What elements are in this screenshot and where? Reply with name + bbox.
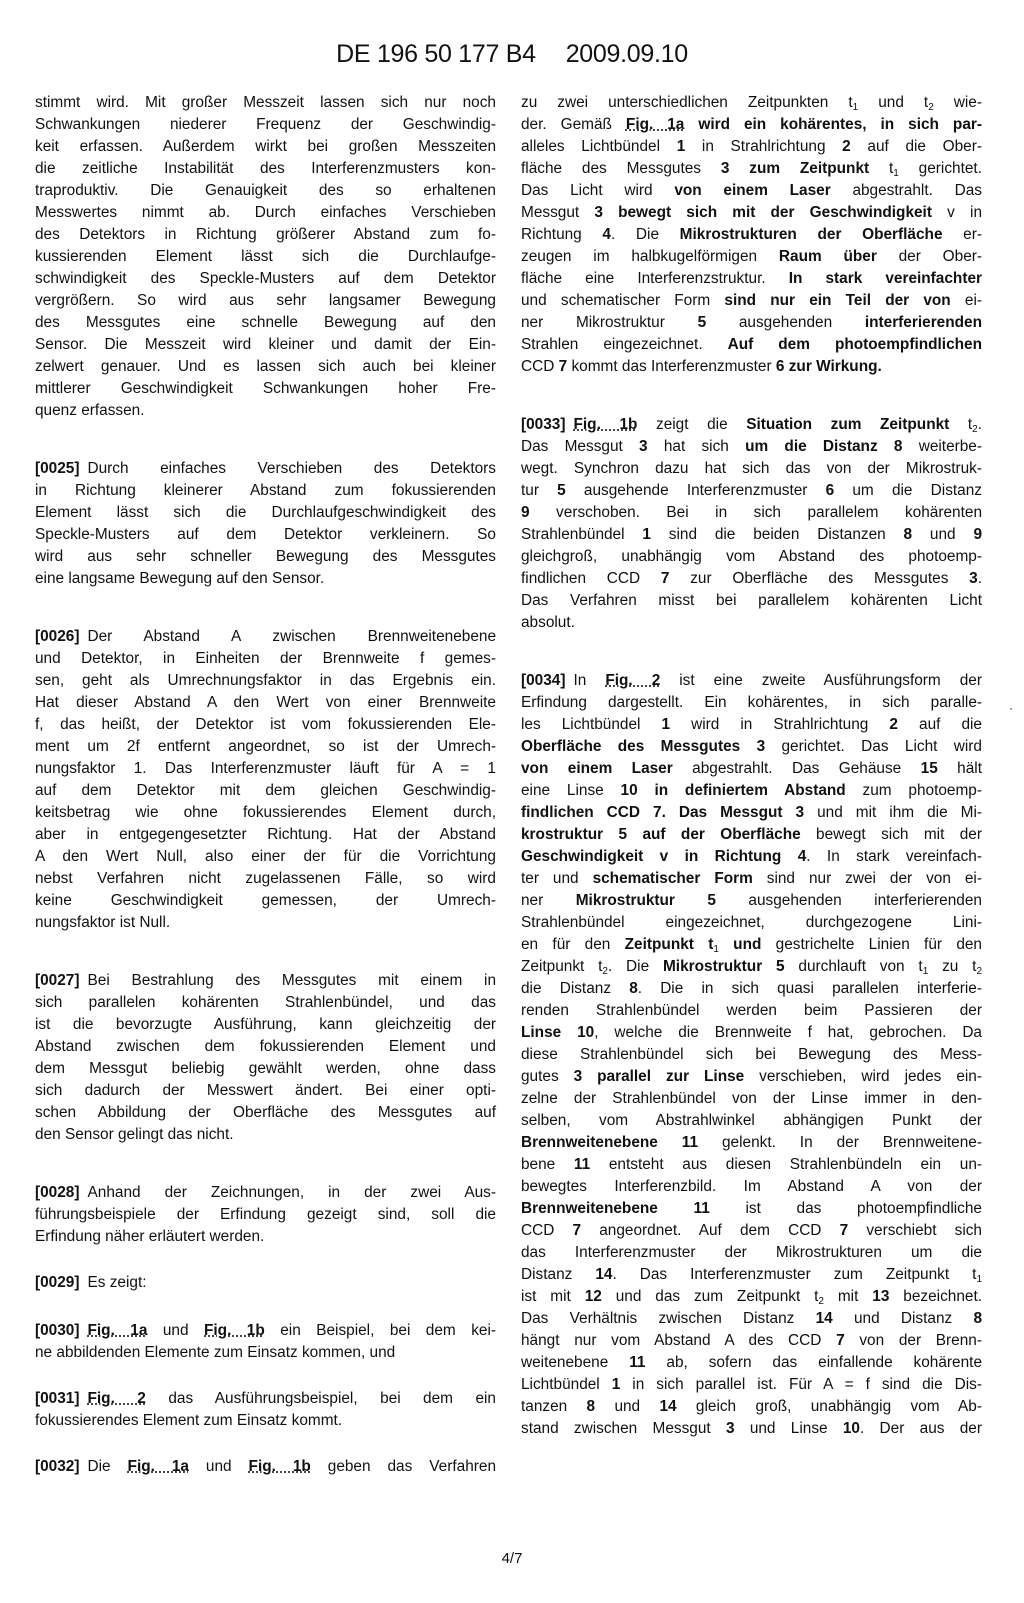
bold-text: 1 [662, 716, 671, 733]
text-segment: und [147, 1322, 204, 1339]
text-line: [0027]Bei Bestrahlung des Messgutes mit … [35, 970, 496, 991]
text-segment: auf die Ober- [851, 138, 982, 155]
text-segment: auf dem Detektor mit dem gleichen Geschw… [35, 782, 496, 799]
text-segment: Erfindung näher erläutert werden. [35, 1228, 264, 1245]
text-line: sich dadurch der Messwert ändert. Bei ei… [35, 1080, 496, 1101]
text-segment: hält [938, 760, 982, 777]
text-segment: Messwertes nimmt ab. Durch einfaches Ver… [35, 204, 496, 221]
text-line: das Interferenzmuster der Mikrostrukture… [521, 1242, 982, 1263]
bold-text: 9 [973, 526, 982, 543]
text-segment: nebst Verfahren nicht zugelassenen Fälle… [35, 870, 496, 887]
text-line: vergrößern. So wird aus sehr langsamer B… [35, 290, 496, 311]
text-segment: verschoben. Bei in sich parallelem kohär… [530, 504, 982, 521]
text-segment: zum photoemp- [846, 782, 982, 799]
text-line: Oberfläche des Messgutes 3 gerichtet. Da… [521, 736, 982, 757]
text-segment: und [189, 1458, 249, 1475]
text-segment: und schematischer Form [521, 292, 724, 309]
text-line: Erfindung näher erläutert werden. [35, 1226, 496, 1247]
text-segment: Schwankungen niederer Frequenz der Gesch… [35, 116, 496, 133]
text-segment: Erfindung dargestellt. Ein kohärentes, i… [521, 694, 982, 711]
text-line: die Distanz 8. Die in sich quasi paralle… [521, 978, 982, 999]
text-segment: weitenebene [521, 1354, 629, 1371]
text-line: stimmt wird. Mit großer Messzeit lassen … [35, 92, 496, 113]
text-segment: Bei Bestrahlung des Messgutes mit einem … [88, 972, 497, 989]
text-segment: ab, sofern das einfallende kohärente [646, 1354, 983, 1371]
text-segment: den Sensor gelingt das nicht. [35, 1126, 234, 1143]
text-segment: ein Beispiel, bei dem kei- [265, 1322, 496, 1339]
text-line: tur 5 ausgehende Interferenzmuster 6 um … [521, 480, 982, 501]
text-segment: . Das Interferenzmuster zum Zeitpunkt t [612, 1266, 976, 1283]
text-line: der. Gemäß Fig. 1a wird ein kohärentes, … [521, 114, 982, 135]
text-line: Distanz 14. Das Interferenzmuster zum Ze… [521, 1264, 982, 1285]
bold-text: krostruktur 5 auf der Oberfläche [521, 826, 801, 843]
text-segment: schwindigkeit des Speckle-Musters auf de… [35, 270, 496, 287]
text-line: traproduktiv. Die Genauigkeit des so erh… [35, 180, 496, 201]
text-segment: Es zeigt: [88, 1274, 147, 1291]
text-segment: in Strahlrichtung [685, 138, 842, 155]
text-line: CCD 7 kommt das Interferenzmuster 6 zur … [521, 356, 982, 377]
bold-text: 4 [602, 226, 611, 243]
bold-text: 3 [639, 438, 648, 455]
text-segment: diese Strahlenbündel sich bei Bewegung d… [521, 1046, 982, 1063]
patent-number: DE 196 50 177 B4 [336, 40, 536, 69]
text-segment: Hat dieser Abstand A den Wert von einer … [35, 694, 496, 711]
text-segment: durchlauft von t [785, 958, 923, 975]
bold-text: und [719, 936, 762, 953]
text-segment: Das Verfahren misst bei parallelem kohär… [521, 592, 982, 609]
text-line: zeugen im halbkugelförmigen Raum über de… [521, 246, 982, 267]
text-segment: v in [932, 204, 982, 221]
bold-text: Mikrostruktur 5 [663, 958, 785, 975]
text-segment: und Detektor, in Einheiten der Brennweit… [35, 650, 496, 667]
text-segment: mit [824, 1288, 872, 1305]
text-segment: keitsbetrag wie ohne fokussierendes Elem… [35, 804, 496, 821]
text-line: [0031]Fig. 2 das Ausführungsbeispiel, be… [35, 1388, 496, 1409]
text-segment: ausgehenden interferierenden [716, 892, 982, 909]
text-segment: findlichen CCD [521, 570, 661, 587]
text-line: keitsbetrag wie ohne fokussierendes Elem… [35, 802, 496, 823]
text-segment: um die Distanz [834, 482, 982, 499]
text-segment: gerichtet. [899, 160, 982, 177]
text-line: ne abbildenden Elemente zum Einsatz komm… [35, 1342, 496, 1363]
text-line: von einem Laser abgestrahlt. Das Gehäuse… [521, 758, 982, 779]
text-segment: . [978, 570, 982, 587]
text-segment: fläche des Messgutes [521, 160, 721, 177]
bold-text: 11 [629, 1354, 645, 1371]
text-line: fläche des Messgutes 3 zum Zeitpunkt t1 … [521, 158, 982, 179]
text-line: und schematischer Form sind nur ein Teil… [521, 290, 982, 311]
text-line: en für den Zeitpunkt t1 und gestrichelte… [521, 934, 982, 955]
figure-link[interactable]: Fig. 1a [626, 116, 684, 133]
bold-text: 10 in definiertem Abstand [621, 782, 846, 799]
text-line: krostruktur 5 auf der Oberfläche bewegt … [521, 824, 982, 845]
bold-text: Geschwindigkeit v in Richtung 4 [521, 848, 806, 865]
text-segment: sich parallelen kohärenten Strahlenbünde… [35, 994, 496, 1011]
text-segment: Element lässt sich die Durchlaufgeschwin… [35, 504, 496, 521]
text-segment: bene [521, 1156, 574, 1173]
text-segment: verschiebt sich [848, 1222, 982, 1239]
text-line: nebst Verfahren nicht zugelassenen Fälle… [35, 868, 496, 889]
text-segment: f, das heißt, der Detektor ist vom fokus… [35, 716, 496, 733]
bold-text: 8 [587, 1398, 596, 1415]
text-line: wird aus sehr schneller Bewegung des Mes… [35, 546, 496, 567]
text-segment: ausgehende Interferenzmuster [566, 482, 826, 499]
bold-text: 3 zum Zeitpunkt [721, 160, 869, 177]
figure-link[interactable]: Fig. 2 [605, 672, 660, 689]
bold-text: 2 [842, 138, 851, 155]
text-segment: tur [521, 482, 557, 499]
text-segment: renden Strahlenbündel werden beim Passie… [521, 1002, 982, 1019]
bold-text: Brennweitenebene 11 [521, 1134, 698, 1151]
bold-text: 14 [659, 1398, 676, 1415]
bold-text: Auf dem photoempfindlichen [728, 336, 982, 353]
text-line: diese Strahlenbündel sich bei Bewegung d… [521, 1044, 982, 1065]
bold-text: schematischer Form [593, 870, 753, 887]
bold-text: um die Distanz 8 [745, 438, 902, 455]
bold-text: 14 [816, 1310, 833, 1327]
text-segment: Lichtbündel [521, 1376, 612, 1393]
text-segment: aber in entgegengesetzter Richtung. Hat … [35, 826, 496, 843]
text-line: Brennweitenebene 11 gelenkt. In der Bren… [521, 1132, 982, 1153]
bold-text: 15 [921, 760, 938, 777]
bold-text: von einem Laser [674, 182, 830, 199]
page-header: DE 196 50 177 B42009.09.10 [0, 40, 1024, 69]
text-segment: von der Brenn- [845, 1332, 982, 1349]
scan-artifact [1010, 708, 1012, 710]
figure-link[interactable]: Fig. 1b [574, 416, 638, 433]
text-line: die zeitliche Instabilität des Interfere… [35, 158, 496, 179]
bold-text: 1 [677, 138, 686, 155]
bold-text: Mikrostrukturen der Oberfläche [680, 226, 943, 243]
bold-text: 3 parallel zur Linse [574, 1068, 745, 1085]
text-segment: der. Gemäß [521, 116, 626, 133]
text-line: les Lichtbündel 1 wird in Strahlrichtung… [521, 714, 982, 735]
text-line: gutes 3 parallel zur Linse verschieben, … [521, 1066, 982, 1087]
text-segment: les Lichtbündel [521, 716, 662, 733]
bold-text: Raum über [779, 248, 877, 265]
text-line: Das Verhältnis zwischen Distanz 14 und D… [521, 1308, 982, 1329]
text-line: Speckle-Musters auf dem Detektor verklei… [35, 524, 496, 545]
text-segment: wird aus sehr schneller Bewegung des Mes… [35, 548, 496, 565]
text-segment: ner Mikrostruktur [521, 314, 698, 331]
text-line: mittlerer Geschwindigkeit Schwankungen h… [35, 378, 496, 399]
text-segment: und mit ihm die Mi- [804, 804, 982, 821]
text-segment: Distanz [521, 1266, 595, 1283]
text-line: ist mit 12 und das zum Zeitpunkt t2 mit … [521, 1286, 982, 1307]
bold-text: 6 [826, 482, 835, 499]
bold-text: Situation zum Zeitpunkt [746, 416, 949, 433]
text-segment: absolut. [521, 614, 575, 631]
text-segment: sen, geht als Umrechnungsfaktor in das E… [35, 672, 496, 689]
text-line: selben, vom Abstrahlwinkel abhängigen Pu… [521, 1110, 982, 1131]
bold-text: findlichen CCD 7. Das Messgut 3 [521, 804, 804, 821]
text-segment: kussierenden Element lässt sich die Durc… [35, 248, 496, 265]
text-segment: Das Verhältnis zwischen Distanz [521, 1310, 816, 1327]
text-line: Das Verfahren misst bei parallelem kohär… [521, 590, 982, 611]
bold-text: 5 [698, 314, 707, 331]
text-segment: , welche die Brennweite f hat, gebrochen… [594, 1024, 982, 1041]
text-line: ner Mikrostruktur 5 ausgehenden interfer… [521, 312, 982, 333]
paragraph-number: [0027] [35, 972, 80, 989]
text-segment: gerichtet. Das Licht wird [765, 738, 982, 755]
subscript: 1 [976, 1274, 982, 1285]
text-segment: zu zwei unterschiedlichen Zeitpunkten t [521, 94, 853, 111]
text-line: [0029]Es zeigt: [35, 1272, 496, 1293]
text-line: dem Messgut beliebig gewählt werden, ohn… [35, 1058, 496, 1079]
figure-link[interactable]: Fig. 1a [88, 1322, 148, 1339]
text-line: [0026]Der Abstand A zwischen Brennweiten… [35, 626, 496, 647]
text-segment: wie- [934, 94, 982, 111]
text-segment: ist die bevorzugte Ausführung, kann glei… [35, 1016, 496, 1033]
text-segment: en für den [521, 936, 625, 953]
bold-text: In stark vereinfachter [789, 270, 982, 287]
text-line: Zeitpunkt t2. Die Mikrostruktur 5 durchl… [521, 956, 982, 977]
bold-text: Brennweitenebene 11 [521, 1200, 710, 1217]
paragraph-number: [0026] [35, 628, 80, 645]
text-segment: . Der aus der [860, 1420, 982, 1437]
subscript: 2 [976, 966, 982, 977]
text-segment: das Interferenzmuster der Mikrostrukture… [521, 1244, 982, 1261]
bold-text: von einem Laser [521, 760, 673, 777]
text-line: 9 verschoben. Bei in sich parallelem koh… [521, 502, 982, 523]
text-line: hängt nur vom Abstand A des CCD 7 von de… [521, 1330, 982, 1351]
text-line: Linse 10, welche die Brennweite f hat, g… [521, 1022, 982, 1043]
text-line: quenz erfassen. [35, 400, 496, 421]
text-segment: zelwert genauer. Und es lassen sich auch… [35, 358, 496, 375]
text-segment: gutes [521, 1068, 574, 1085]
text-line: Messwertes nimmt ab. Durch einfaches Ver… [35, 202, 496, 223]
text-segment: ne abbildenden Elemente zum Einsatz komm… [35, 1344, 395, 1361]
text-segment: eine langsame Bewegung auf den Sensor. [35, 570, 324, 587]
text-line: keine Geschwindigkeit gemessen, der Umre… [35, 890, 496, 911]
text-segment: quenz erfassen. [35, 402, 145, 419]
text-segment: die Distanz [521, 980, 629, 997]
text-segment: auf die [898, 716, 982, 733]
text-line: zu zwei unterschiedlichen Zeitpunkten t1… [521, 92, 982, 113]
text-line: schwindigkeit des Speckle-Musters auf de… [35, 268, 496, 289]
bold-text: 7 [840, 1222, 849, 1239]
text-line: nungsfaktor 1. Das Interferenzmuster läu… [35, 758, 496, 779]
text-segment: abgestrahlt. Das Gehäuse [673, 760, 921, 777]
text-segment: bewegtes Interferenzbild. Im Abstand A v… [521, 1178, 982, 1195]
text-line: renden Strahlenbündel werden beim Passie… [521, 1000, 982, 1021]
text-line: [0033]Fig. 1b zeigt die Situation zum Ze… [521, 414, 982, 435]
text-segment: In [574, 672, 606, 689]
text-line: [0034]In Fig. 2 ist eine zweite Ausführu… [521, 670, 982, 691]
text-line: sen, geht als Umrechnungsfaktor in das E… [35, 670, 496, 691]
text-segment: und Distanz [833, 1310, 974, 1327]
bold-text: 9 [521, 504, 530, 521]
text-segment: verschieben, wird jedes ein- [744, 1068, 982, 1085]
text-line: Hat dieser Abstand A den Wert von einer … [35, 692, 496, 713]
paragraph-number: [0028] [35, 1184, 80, 1201]
text-segment: A den Wert Null, also einer der für die … [35, 848, 496, 865]
text-segment: bewegt sich mit der [801, 826, 982, 843]
text-segment: Strahlenbündel eingezeichnet, durchgezog… [521, 914, 982, 931]
bold-text: 13 [872, 1288, 889, 1305]
text-segment: führungsbeispiele der Erfindung gezeigt … [35, 1206, 496, 1223]
text-line: Schwankungen niederer Frequenz der Gesch… [35, 114, 496, 135]
text-segment: keit erfassen. Außerdem wirkt bei großen… [35, 138, 496, 155]
text-segment: Zeitpunkt t [521, 958, 602, 975]
text-line: zelne der Strahlenbündel von der Linse i… [521, 1088, 982, 1109]
text-segment: der Ober- [877, 248, 982, 265]
text-segment: ist das photoempfindliche [710, 1200, 982, 1217]
text-line: zelwert genauer. Und es lassen sich auch… [35, 356, 496, 377]
text-segment: hängt nur vom Abstand A des CCD [521, 1332, 836, 1349]
text-segment: bezeichnet. [889, 1288, 982, 1305]
text-segment: zur Oberfläche des Messgutes [669, 570, 969, 587]
text-line: auf dem Detektor mit dem gleichen Geschw… [35, 780, 496, 801]
bold-text: Linse 10 [521, 1024, 594, 1041]
text-line: fläche eine Interferenzstruktur. In star… [521, 268, 982, 289]
text-segment: gelenkt. In der Brennweitene- [698, 1134, 982, 1151]
text-line: eine Linse 10 in definiertem Abstand zum… [521, 780, 982, 801]
text-segment: Richtung [521, 226, 602, 243]
text-segment: geben das Verfahren [311, 1458, 496, 1475]
text-segment: gleich groß, unabhängig vom Ab- [677, 1398, 982, 1415]
text-line: führungsbeispiele der Erfindung gezeigt … [35, 1204, 496, 1225]
bold-text: 7 [573, 1222, 582, 1239]
text-segment: traproduktiv. Die Genauigkeit des so erh… [35, 182, 496, 199]
bold-text: 3 [969, 570, 978, 587]
text-segment: . In stark vereinfach- [806, 848, 982, 865]
text-line: bewegtes Interferenzbild. Im Abstand A v… [521, 1176, 982, 1197]
text-line: Lichtbündel 1 in sich parallel ist. Für … [521, 1374, 982, 1395]
text-line: wegt. Synchron dazu hat sich das von der… [521, 458, 982, 479]
text-line: des Messgutes eine schnelle Bewegung auf… [35, 312, 496, 333]
publication-date: 2009.09.10 [566, 40, 688, 69]
text-segment: wegt. Synchron dazu hat sich das von der… [521, 460, 982, 477]
text-segment: zeugen im halbkugelförmigen [521, 248, 779, 265]
text-line: Sensor. Die Messzeit wird kleiner und da… [35, 334, 496, 355]
text-line: alleles Lichtbündel 1 in Strahlrichtung … [521, 136, 982, 157]
bold-text: Mikrostruktur 5 [576, 892, 716, 909]
text-segment: Der Abstand A zwischen Brennweitenebene [88, 628, 497, 645]
text-line: keit erfassen. Außerdem wirkt bei großen… [35, 136, 496, 157]
text-line: absolut. [521, 612, 982, 633]
text-segment: keine Geschwindigkeit gemessen, der Umre… [35, 892, 496, 909]
text-line: ner Mikrostruktur 5 ausgehenden interfer… [521, 890, 982, 911]
text-segment: er- [943, 226, 982, 243]
text-segment: eine Linse [521, 782, 621, 799]
figure-link[interactable]: Fig. 1b [249, 1458, 311, 1475]
text-line: [0025]Durch einfaches Verschieben des De… [35, 458, 496, 479]
text-segment: angeordnet. Auf dem CCD [581, 1222, 840, 1239]
text-segment: alleles Lichtbündel [521, 138, 677, 155]
bold-text: 3 bewegt sich mit der Geschwindigkeit [594, 204, 932, 221]
text-segment: das Ausführungsbeispiel, bei dem ein [146, 1390, 496, 1407]
text-segment: vergrößern. So wird aus sehr langsamer B… [35, 292, 496, 309]
text-segment: und [912, 526, 973, 543]
paragraph-number: [0030] [35, 1322, 80, 1339]
bold-text: 1 [642, 526, 651, 543]
text-line: Das Licht wird von einem Laser abgestrah… [521, 180, 982, 201]
figure-link[interactable]: Fig. 2 [88, 1390, 146, 1407]
text-line: Geschwindigkeit v in Richtung 4. In star… [521, 846, 982, 867]
text-line: kussierenden Element lässt sich die Durc… [35, 246, 496, 267]
text-segment: zeigt die [637, 416, 746, 433]
text-line: ist die bevorzugte Ausführung, kann glei… [35, 1014, 496, 1035]
text-segment: Die [88, 1458, 128, 1475]
text-segment: ausgehenden [706, 314, 865, 331]
paragraph-number: [0034] [521, 672, 566, 689]
text-segment: sind nur zwei der von ei- [753, 870, 982, 887]
text-segment: ment um 2f entfernt angeordnet, so ist d… [35, 738, 496, 755]
text-segment: t [869, 160, 893, 177]
bold-text: 14 [595, 1266, 612, 1283]
text-segment: und t [858, 94, 928, 111]
text-segment: ner [521, 892, 576, 909]
text-line: Erfindung dargestellt. Ein kohärentes, i… [521, 692, 982, 713]
bold-text: 3 [726, 1420, 735, 1437]
text-line: ment um 2f entfernt angeordnet, so ist d… [35, 736, 496, 757]
text-line: sich parallelen kohärenten Strahlenbünde… [35, 992, 496, 1013]
bold-text: 5 [557, 482, 566, 499]
text-segment: in Richtung kleinerer Abstand zum fokuss… [35, 482, 496, 499]
text-line: A den Wert Null, also einer der für die … [35, 846, 496, 867]
bold-text: 8 [904, 526, 913, 543]
text-segment: fläche eine Interferenzstruktur. [521, 270, 789, 287]
text-segment: t [949, 416, 972, 433]
text-line: CCD 7 angeordnet. Auf dem CCD 7 verschie… [521, 1220, 982, 1241]
text-segment: wird in Strahlrichtung [670, 716, 889, 733]
text-segment: Anhand der Zeichnungen, in der zwei Aus- [88, 1184, 497, 1201]
text-segment: mittlerer Geschwindigkeit Schwankungen h… [35, 380, 496, 397]
text-segment: CCD [521, 358, 559, 375]
figure-link[interactable]: Fig. 1b [204, 1322, 265, 1339]
paragraph-number: [0025] [35, 460, 80, 477]
text-line: [0030]Fig. 1a und Fig. 1b ein Beispiel, … [35, 1320, 496, 1341]
bold-text: 10 [843, 1420, 860, 1437]
text-segment: des Detektors in Richtung größerer Absta… [35, 226, 496, 243]
text-segment: Das Licht wird [521, 182, 674, 199]
text-line: aber in entgegengesetzter Richtung. Hat … [35, 824, 496, 845]
text-line: des Detektors in Richtung größerer Absta… [35, 224, 496, 245]
text-line: und Detektor, in Einheiten der Brennweit… [35, 648, 496, 669]
text-segment: abgestrahlt. Das [831, 182, 982, 199]
text-line: Das Messgut 3 hat sich um die Distanz 8 … [521, 436, 982, 457]
text-line: fokussierendes Element zum Einsatz kommt… [35, 1410, 496, 1431]
bold-text: interferierenden [865, 314, 982, 331]
text-segment: Abstand zwischen dem fokussierenden Elem… [35, 1038, 496, 1055]
text-segment: Sensor. Die Messzeit wird kleiner und da… [35, 336, 496, 353]
bold-text: 1 [612, 1376, 621, 1393]
text-line: in Richtung kleinerer Abstand zum fokuss… [35, 480, 496, 501]
text-line: gleichgroß, unabhängig vom Abstand des p… [521, 546, 982, 567]
text-line: weitenebene 11 ab, sofern das einfallend… [521, 1352, 982, 1373]
bold-text: 7 [559, 358, 568, 375]
text-segment: in sich parallel ist. Für A = f sind die… [620, 1376, 982, 1393]
text-line: Abstand zwischen dem fokussierenden Elem… [35, 1036, 496, 1057]
bold-text: 7 [836, 1332, 845, 1349]
text-segment: entsteht aus diesen Strahlenbündeln ein … [590, 1156, 982, 1173]
paragraph-number: [0029] [35, 1274, 80, 1291]
text-segment: fokussierendes Element zum Einsatz kommt… [35, 1412, 342, 1429]
text-segment: ist mit [521, 1288, 585, 1305]
text-segment: die zeitliche Instabilität des Interfere… [35, 160, 496, 177]
text-line: Brennweitenebene 11 ist das photoempfind… [521, 1198, 982, 1219]
page-number: 4/7 [0, 1550, 1024, 1567]
text-segment: Durch einfaches Verschieben des Detektor… [88, 460, 497, 477]
text-line: tanzen 8 und 14 gleich groß, unabhängig … [521, 1396, 982, 1417]
text-segment: CCD [521, 1222, 573, 1239]
figure-link[interactable]: Fig. 1a [128, 1458, 189, 1475]
text-line: stand zwischen Messgut 3 und Linse 10. D… [521, 1418, 982, 1439]
bold-text: Oberfläche des Messgutes 3 [521, 738, 765, 755]
text-segment: gleichgroß, unabhängig vom Abstand des p… [521, 548, 982, 565]
text-segment: nungsfaktor 1. Das Interferenzmuster läu… [35, 760, 496, 777]
